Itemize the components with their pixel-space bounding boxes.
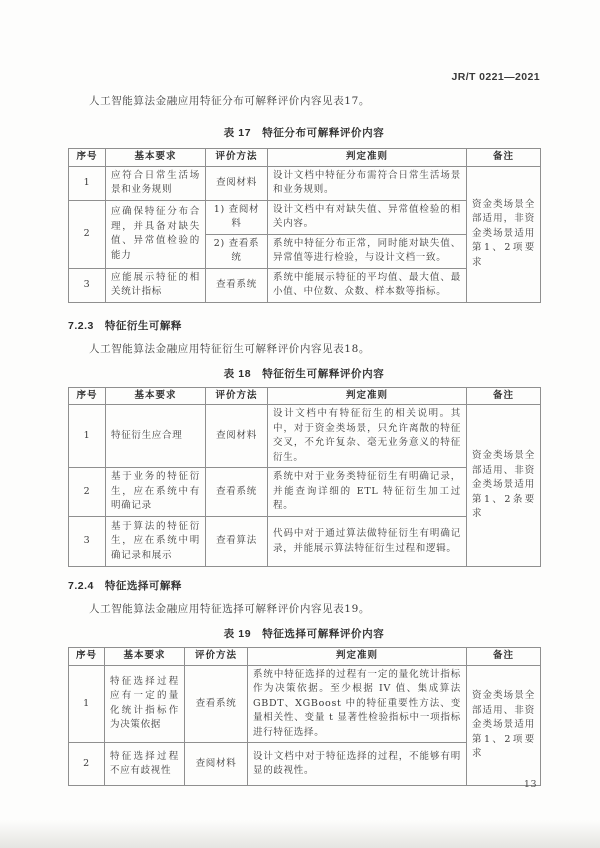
table17-title: 表 17 特征分布可解释评价内容 <box>68 125 540 140</box>
table18-header-row: 序号 基本要求 评价方法 判定准则 备注 <box>69 387 541 405</box>
cell-seq: 1 <box>69 166 106 200</box>
table17-header-row: 序号 基本要求 评价方法 判定准则 备注 <box>69 149 541 167</box>
cell-requirement: 应确保特征分布合理，并具备对缺失值、异常值检验的能力 <box>106 200 206 268</box>
col-header-method: 评价方法 <box>206 387 268 405</box>
cell-remark: 资金类场景全部适用、非资金类场景适用第1、2条要求 <box>467 405 541 567</box>
col-header-remark: 备注 <box>467 149 541 167</box>
table19-feature-selection: 序号 基本要求 评价方法 判定准则 备注 1 特征选择过程应有一定的量化统计指标… <box>68 647 541 786</box>
col-header-method: 评价方法 <box>206 149 268 167</box>
cell-requirement: 应能展示特征的相关统计指标 <box>106 268 206 302</box>
col-header-seq: 序号 <box>69 149 106 167</box>
scan-edge-shadow <box>0 820 600 848</box>
cell-seq: 3 <box>69 268 106 302</box>
intro-paragraph-table18: 人工智能算法金融应用特征衍生可解释评价内容见表18。 <box>68 342 540 356</box>
cell-method: 查阅材料 <box>206 166 268 200</box>
table18-title: 表 18 特征衍生可解释评价内容 <box>68 366 540 381</box>
col-header-criteria: 判定准则 <box>268 149 467 167</box>
col-header-requirement: 基本要求 <box>105 648 185 666</box>
col-header-criteria: 判定准则 <box>268 387 467 405</box>
cell-seq: 2 <box>69 200 106 268</box>
col-header-remark: 备注 <box>467 648 541 666</box>
cell-requirement: 基于算法的特征衍生，应在系统中明确记录和展示 <box>106 517 206 567</box>
table-row: 1 特征选择过程应有一定的量化统计指标作为决策依据 查看系统 系统中特征选择的过… <box>69 665 541 743</box>
col-header-seq: 序号 <box>69 387 106 405</box>
cell-seq: 1 <box>69 405 106 468</box>
col-header-remark: 备注 <box>467 387 541 405</box>
page-number: 13 <box>524 779 537 790</box>
intro-paragraph-table19: 人工智能算法金融应用特征选择可解释评价内容见表19。 <box>68 602 540 616</box>
cell-method: 查阅材料 <box>185 743 248 786</box>
cell-method: 查看系统 <box>206 268 268 302</box>
cell-method: 查看系统 <box>206 468 268 517</box>
cell-requirement: 应符合日常生活场景和业务规则 <box>106 166 206 200</box>
col-header-requirement: 基本要求 <box>106 387 206 405</box>
cell-criteria: 系统中能展示特征的平均值、最大值、最小值、中位数、众数、样本数等指标。 <box>268 268 467 302</box>
cell-seq: 2 <box>69 743 105 786</box>
cell-requirement: 特征衍生应合理 <box>106 405 206 468</box>
cell-method: 查看系统 <box>185 665 248 743</box>
cell-method: 查看算法 <box>206 517 268 567</box>
cell-criteria: 设计文档中对于特征选择的过程，不能够有明显的歧视性。 <box>248 743 467 786</box>
col-header-criteria: 判定准则 <box>248 648 467 666</box>
section-heading-724: 7.2.4 特征选择可解释 <box>68 578 540 593</box>
cell-remark: 资金类场景全部适用，非资金类场景适用第1、2项要求 <box>467 166 541 302</box>
intro-paragraph-table17: 人工智能算法金融应用特征分布可解释评价内容见表17。 <box>68 94 540 108</box>
table-row: 1 应符合日常生活场景和业务规则 查阅材料 设计文档中特征分布需符合日常生活场景… <box>69 166 541 200</box>
cell-criteria: 系统中特征分布正常，同时能对缺失值、异常值等进行检验，与设计文档一致。 <box>268 234 467 268</box>
table17-feature-distribution: 序号 基本要求 评价方法 判定准则 备注 1 应符合日常生活场景和业务规则 查阅… <box>68 148 541 303</box>
cell-method: 2) 查看系统 <box>206 234 268 268</box>
table19-title: 表 19 特征选择可解释评价内容 <box>68 626 540 641</box>
cell-requirement: 基于业务的特征衍生，应在系统中有明确记录 <box>106 468 206 517</box>
page-content: 人工智能算法金融应用特征分布可解释评价内容见表17。 表 17 特征分布可解释评… <box>68 0 540 786</box>
section-heading-723: 7.2.3 特征衍生可解释 <box>68 318 540 333</box>
cell-remark: 资金类场景全部适用、非资金类场景适用第1、2项要求 <box>467 665 541 786</box>
col-header-seq: 序号 <box>69 648 105 666</box>
cell-criteria: 设计文档中有特征衍生的相关说明。其中，对于资金类场景，只允许离散的特征交叉，不允… <box>268 405 467 468</box>
cell-requirement: 特征选择过程应有一定的量化统计指标作为决策依据 <box>105 665 185 743</box>
cell-criteria: 设计文档中有对缺失值、异常值检验的相关内容。 <box>268 200 467 234</box>
cell-criteria: 代码中对于通过算法做特征衍生有明确记录，并能展示算法特征衍生过程和逻辑。 <box>268 517 467 567</box>
cell-criteria: 设计文档中特征分布需符合日常生活场景和业务规则。 <box>268 166 467 200</box>
cell-criteria: 系统中对于业务类特征衍生有明确记录，并能查询详细的 ETL 特征衍生加工过程。 <box>268 468 467 517</box>
cell-seq: 2 <box>69 468 106 517</box>
cell-requirement: 特征选择过程不应有歧视性 <box>105 743 185 786</box>
col-header-method: 评价方法 <box>185 648 248 666</box>
cell-method: 1) 查阅材料 <box>206 200 268 234</box>
table18-feature-derivation: 序号 基本要求 评价方法 判定准则 备注 1 特征衍生应合理 查阅材料 设计文档… <box>68 387 541 568</box>
table19-header-row: 序号 基本要求 评价方法 判定准则 备注 <box>69 648 541 666</box>
table-row: 1 特征衍生应合理 查阅材料 设计文档中有特征衍生的相关说明。其中，对于资金类场… <box>69 405 541 468</box>
cell-seq: 3 <box>69 517 106 567</box>
cell-method: 查阅材料 <box>206 405 268 468</box>
document-page: JR/T 0221—2021 人工智能算法金融应用特征分布可解释评价内容见表17… <box>0 0 600 848</box>
cell-criteria: 系统中特征选择的过程有一定的量化统计指标作为决策依据。至少根据 IV 值、集成算… <box>248 665 467 743</box>
col-header-requirement: 基本要求 <box>106 149 206 167</box>
cell-seq: 1 <box>69 665 105 743</box>
